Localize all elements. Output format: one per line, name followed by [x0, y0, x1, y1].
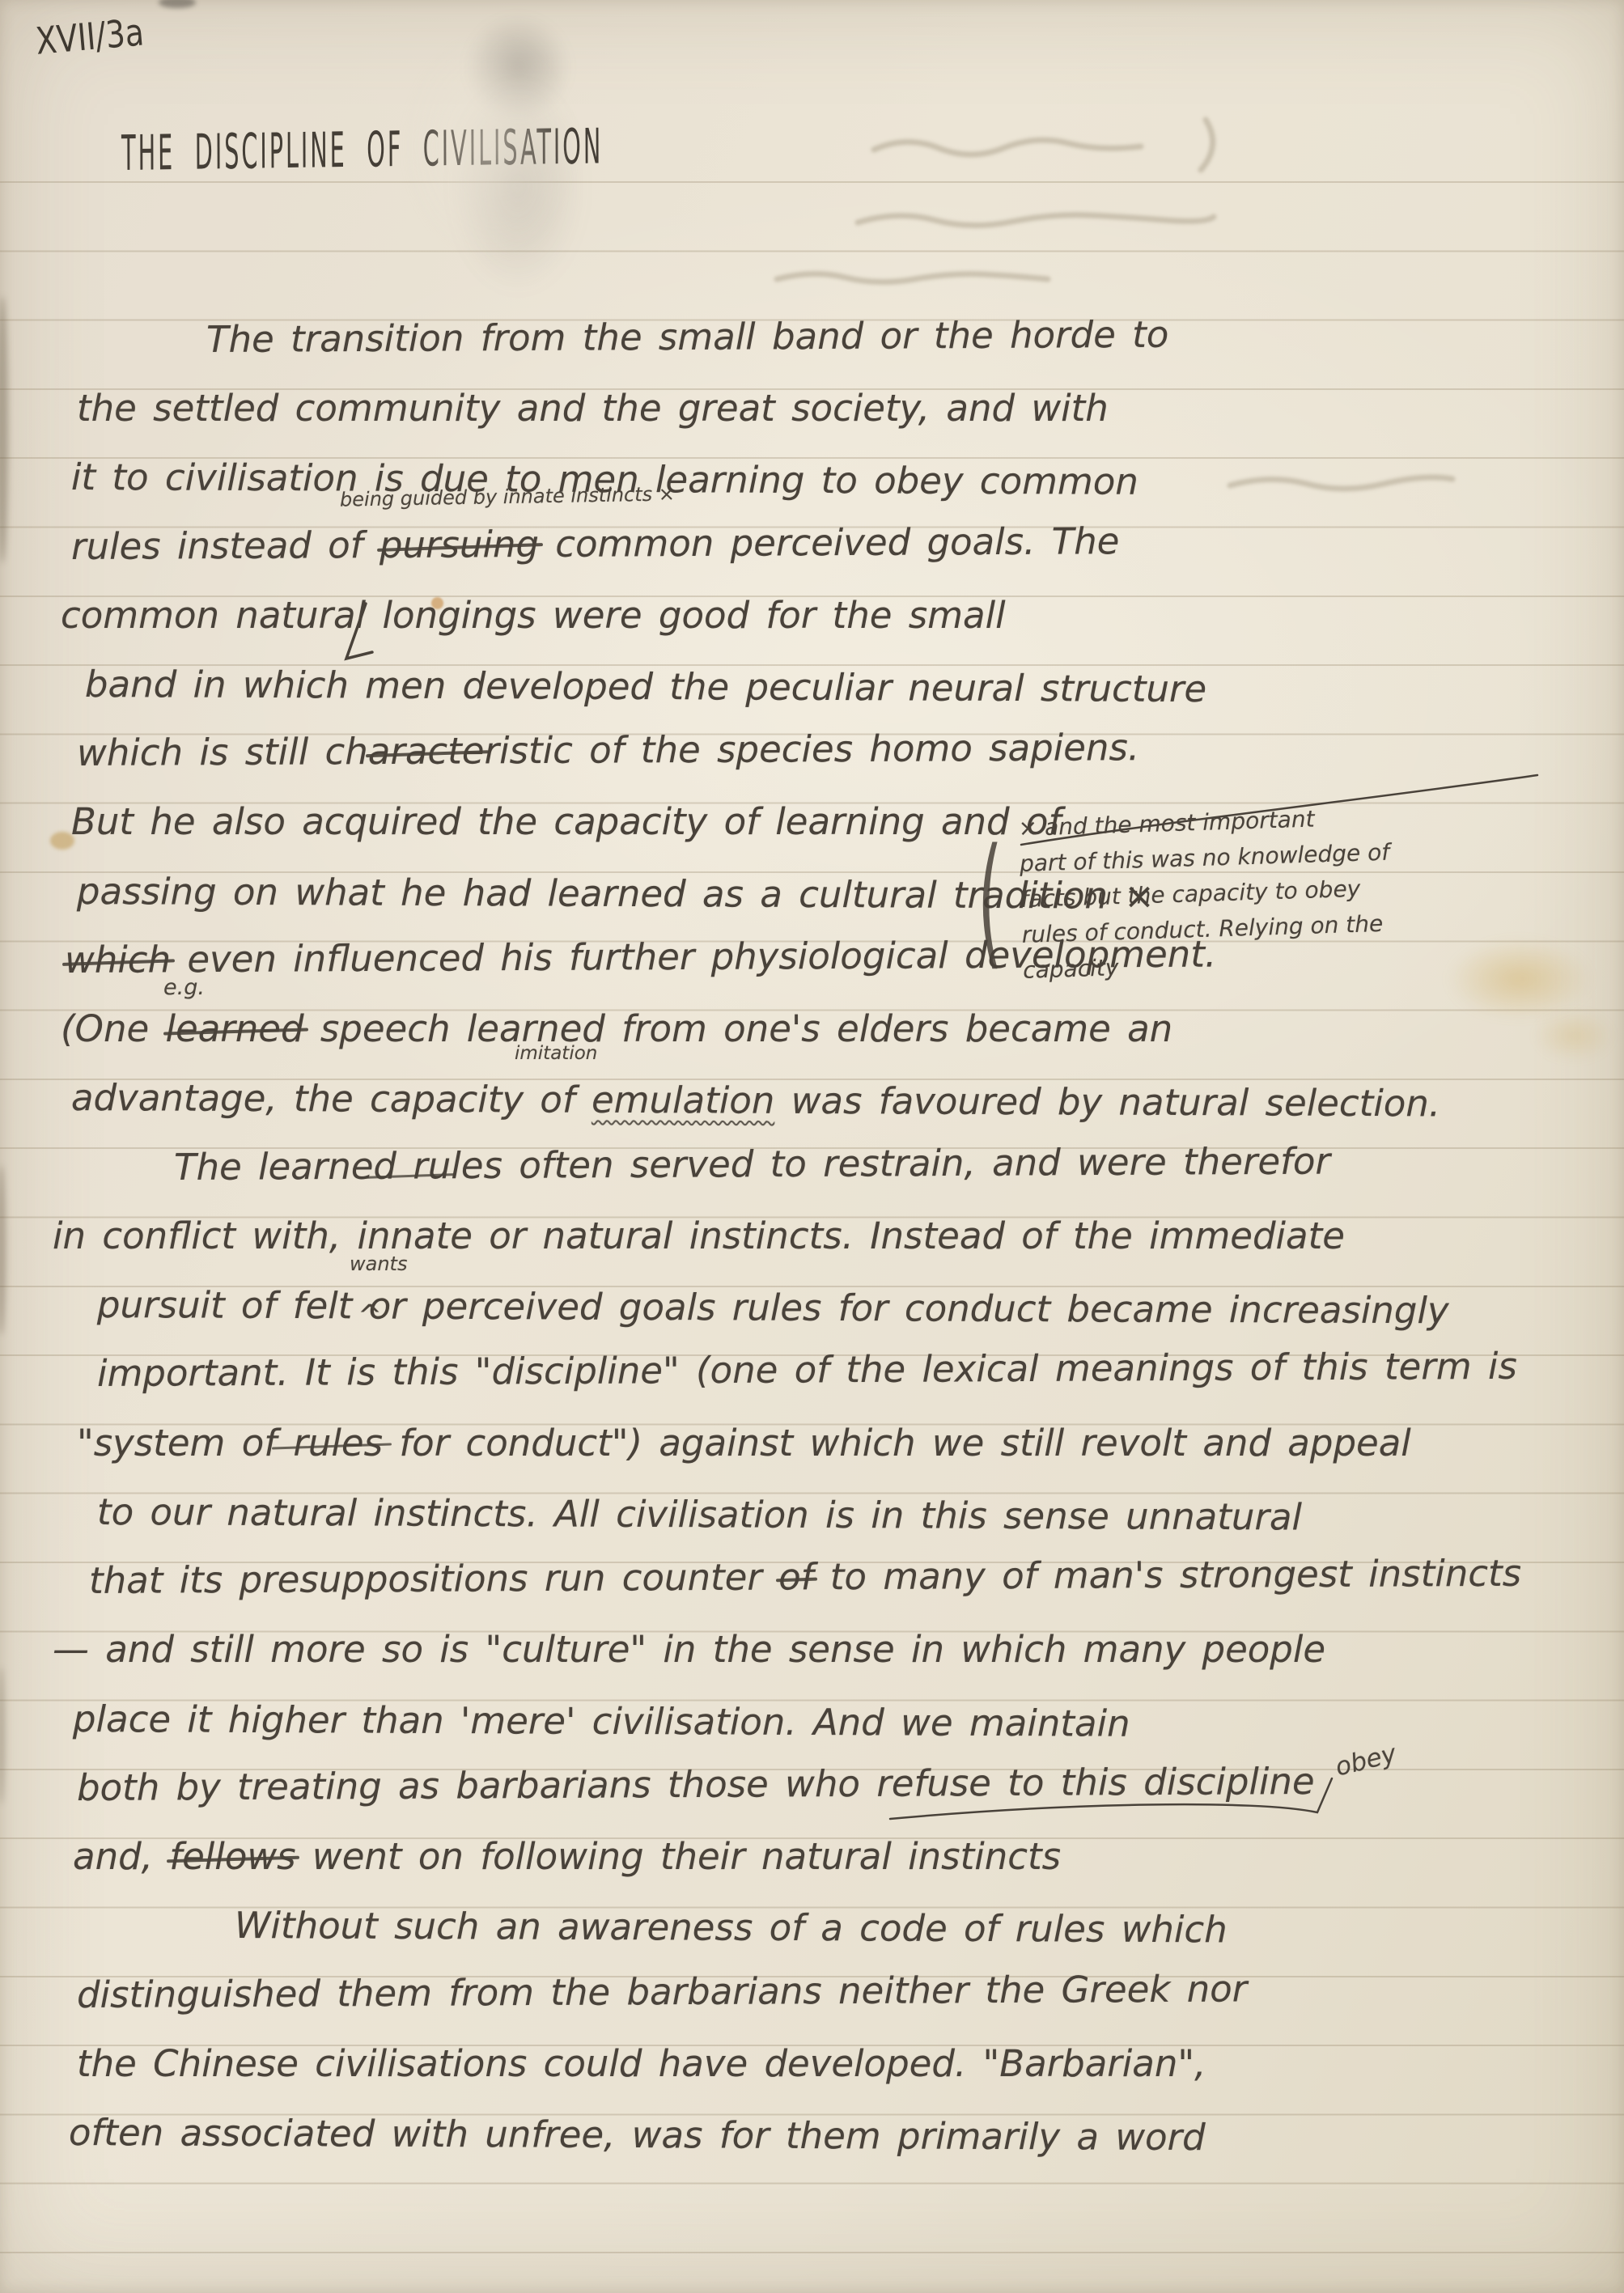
margin-note: × and the most important part of this wa… [1018, 799, 1393, 989]
interlinear-insertion: imitation [515, 1043, 597, 1064]
page-title: THE DISCIPLINE OF CIVILISATION [121, 122, 603, 178]
manuscript-line: But he also acquired the capacity of lea… [71, 799, 1061, 845]
struck-word: pursuing [379, 523, 539, 566]
manuscript-line: that its presuppositions run counter of … [89, 1551, 1521, 1604]
manuscript-line: pursuit of felt or perceived goals rules… [97, 1282, 1449, 1333]
manuscript-line: Without such an awareness of a code of r… [235, 1903, 1228, 1952]
manuscript-line: often associated with unfree, was for th… [69, 2110, 1206, 2160]
wavy-underlined-word: emulation [592, 1079, 775, 1122]
interlinear-insertion: e.g. [163, 975, 205, 1000]
manuscript-line: to our natural instincts. All civilisati… [97, 1490, 1302, 1540]
struck-word: fellows [169, 1835, 295, 1878]
manuscript-line: and, fellows went on following their nat… [73, 1834, 1061, 1880]
manuscript-line: which is still characteristic of the spe… [77, 725, 1139, 776]
manuscript-line: The transition from the small band or th… [206, 312, 1169, 362]
manuscript-line: rules instead of pursuing common perceiv… [71, 519, 1120, 570]
manuscript-page: XVII/3a THE DISCIPLINE OF CIVILISATION T… [0, 0, 1624, 2293]
manuscript-line: — and still more so is "culture" in the … [53, 1627, 1325, 1672]
insertion-caret: ^ [358, 1299, 382, 1333]
margin-note-paren: ( [977, 830, 1003, 973]
manuscript-line: both by treating as barbarians those who… [77, 1759, 1315, 1811]
manuscript-line: The learned rules often served to restra… [174, 1139, 1330, 1190]
manuscript-line: "system of rules for conduct") against w… [77, 1421, 1411, 1466]
struck-word: learned [166, 1007, 304, 1050]
manuscript-line: (One learned speech learned from one's e… [61, 1007, 1172, 1052]
manuscript-line: place it higher than 'mere' civilisation… [73, 1697, 1130, 1747]
manuscript-line: advantage, the capacity of emulation was… [71, 1075, 1440, 1126]
manuscript-line: important. It is this "discipline" (one … [97, 1344, 1517, 1397]
archive-reference: XVII/3a [34, 10, 146, 62]
manuscript-line: the Chinese civilisations could have dev… [77, 2041, 1206, 2087]
gray-smudge [465, 15, 570, 120]
manuscript-line: distinguished them from the barbarians n… [77, 1966, 1248, 2018]
manuscript-line: the settled community and the great soci… [77, 386, 1109, 431]
manuscript-line: band in which men developed the peculiar… [85, 662, 1206, 712]
manuscript-line: in conflict with, innate or natural inst… [53, 1214, 1345, 1259]
edge-mark [159, 0, 196, 8]
struck-word: of [778, 1555, 814, 1598]
interlinear-insertion: wants [350, 1252, 407, 1275]
manuscript-line: common natural longings were good for th… [61, 593, 1006, 638]
struck-letters: aracte [368, 729, 485, 773]
struck-word: which [65, 938, 171, 981]
